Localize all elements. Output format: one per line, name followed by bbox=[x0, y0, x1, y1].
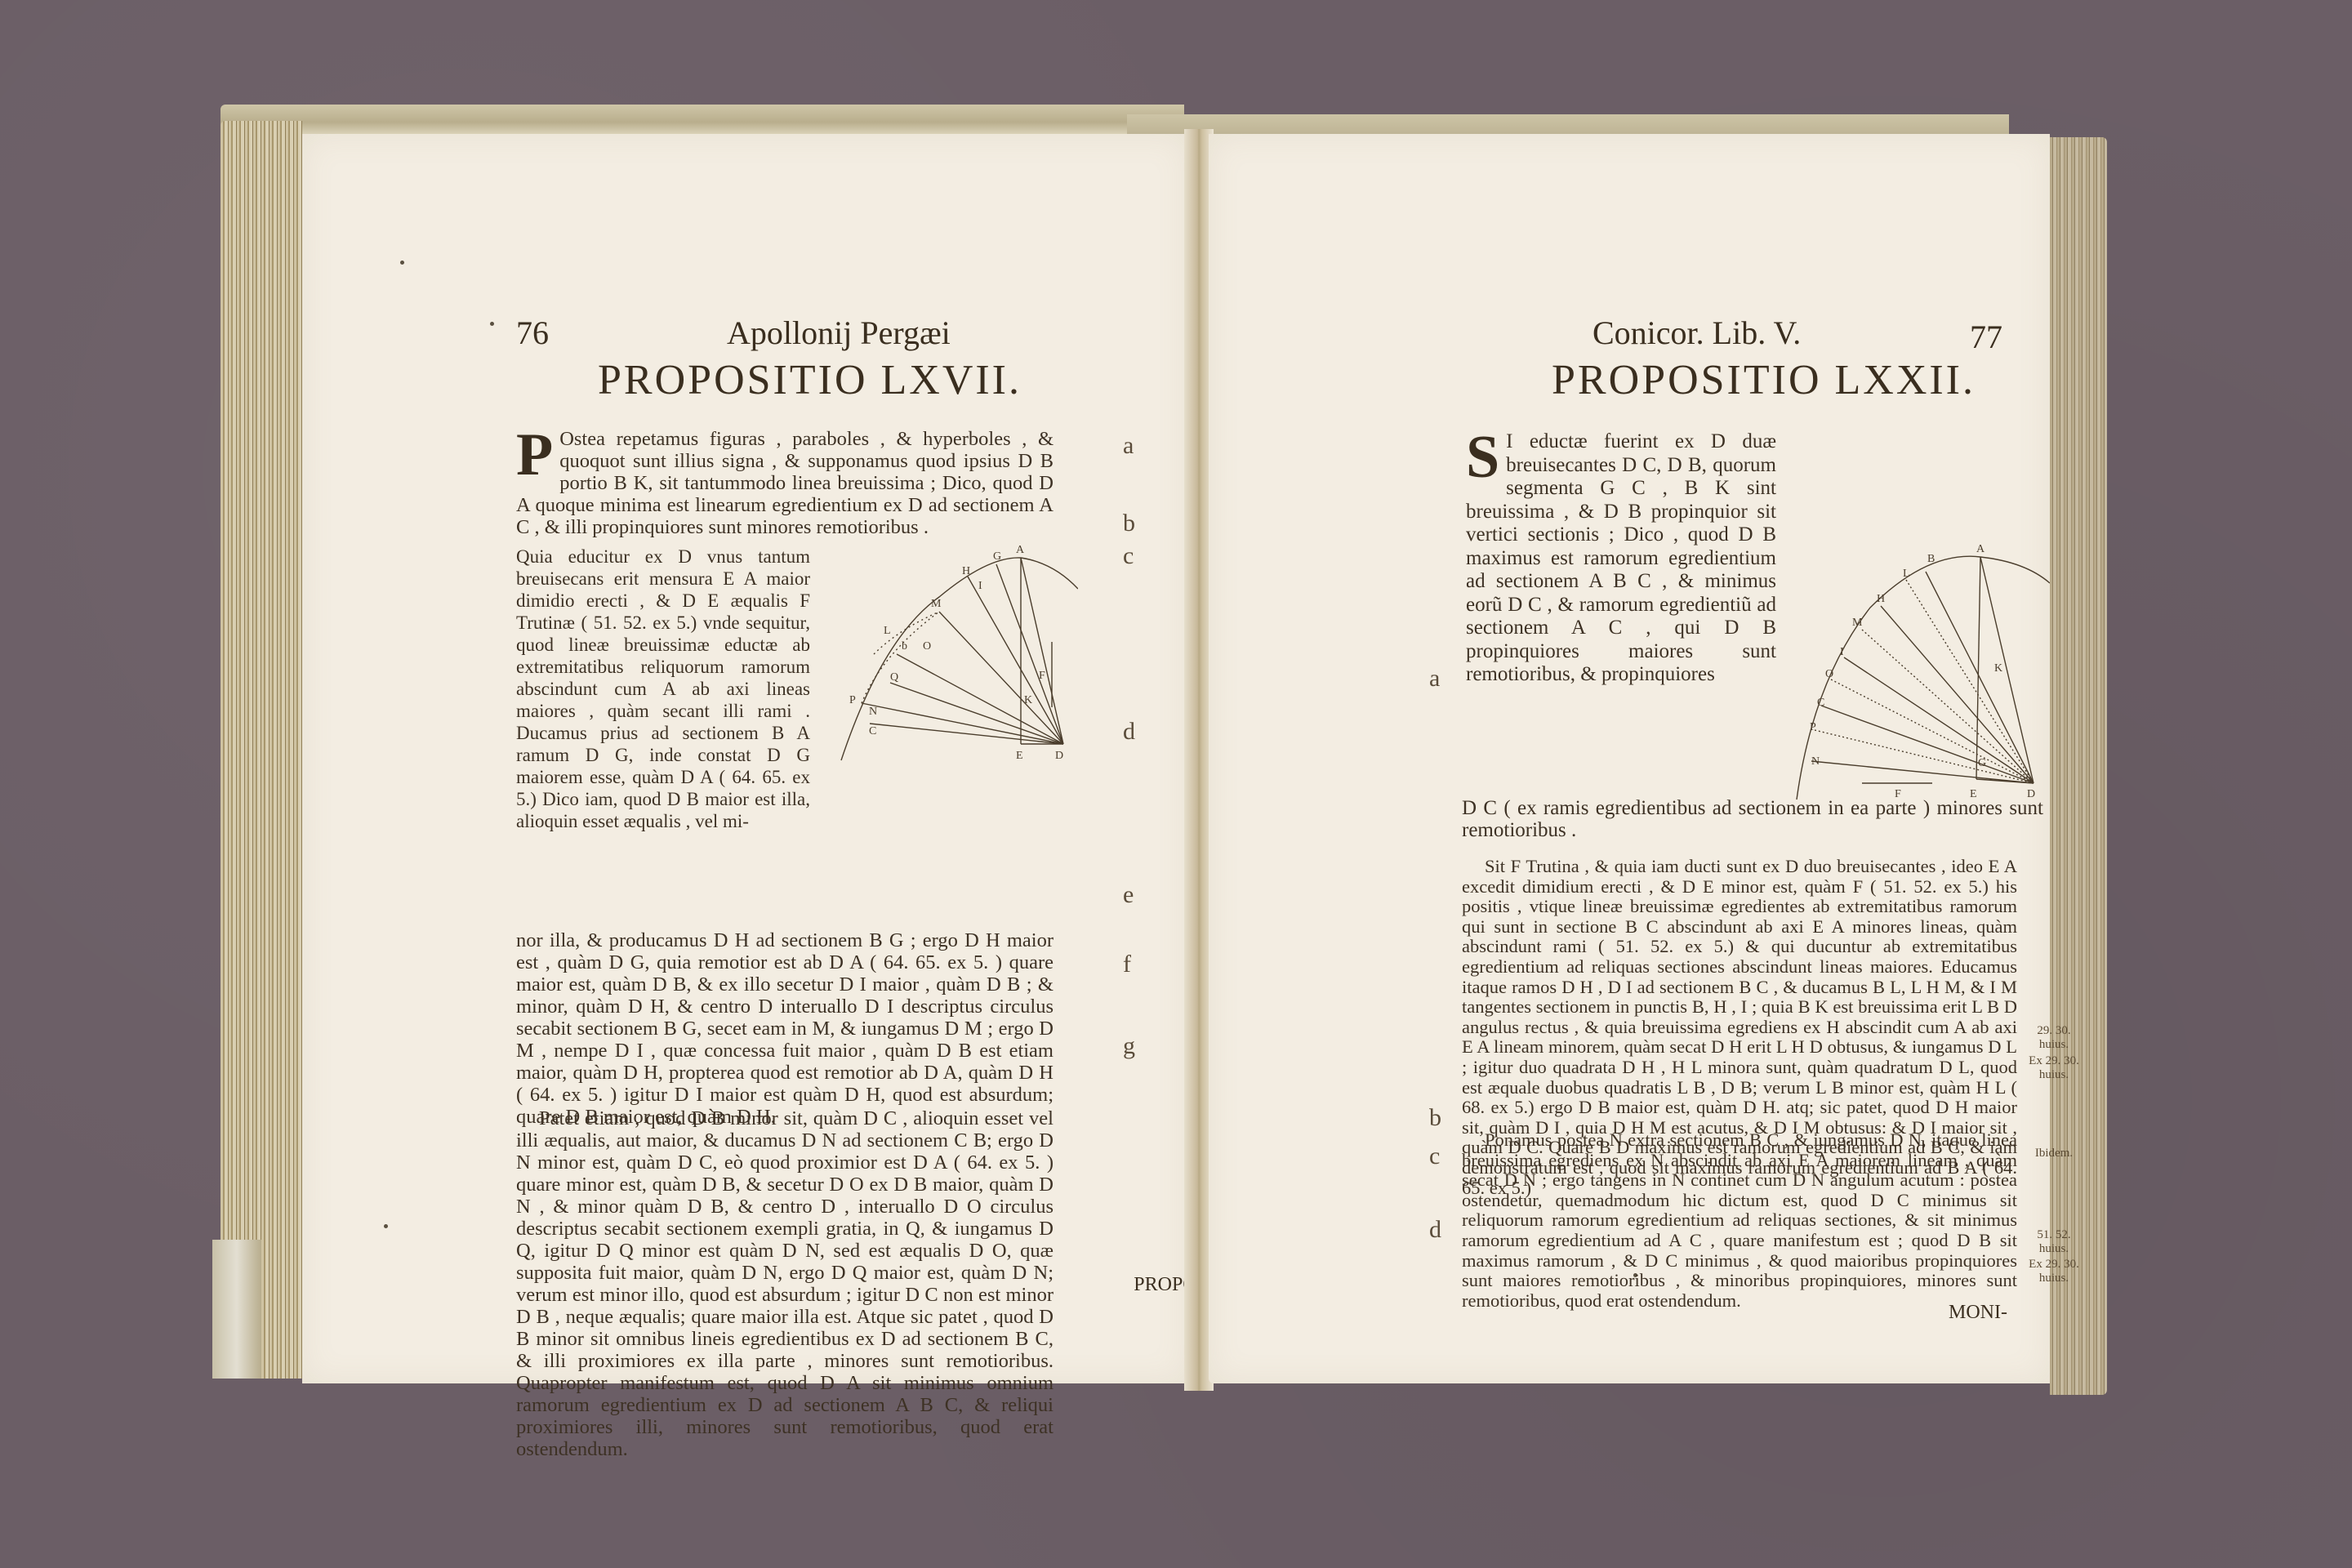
side-note-ref: Ex 29. 30. bbox=[2025, 1054, 2082, 1068]
tail-text: D C ( ex ramis egredientibus ad sectione… bbox=[1462, 797, 2043, 841]
foxing-spot bbox=[384, 1224, 388, 1228]
statement-text: I eductæ fuerint ex D duæ breuisecantes … bbox=[1466, 430, 1776, 685]
svg-text:B: B bbox=[1927, 553, 1935, 565]
svg-text:C: C bbox=[1817, 697, 1824, 709]
svg-text:N: N bbox=[1811, 755, 1820, 768]
margin-letter-b: b bbox=[1429, 1104, 1441, 1132]
paragraph-text: Ponamus postea N extra sectionem B C , &… bbox=[1462, 1130, 2017, 1311]
side-note-ref: Ibidem. bbox=[2025, 1147, 2082, 1160]
side-note: 29. 30. huius. bbox=[2029, 1024, 2078, 1052]
statement-text: Ostea repetamus figuras , paraboles , & … bbox=[516, 428, 1053, 538]
svg-text:C: C bbox=[869, 725, 876, 737]
side-note-ref: huius. bbox=[2025, 1272, 2082, 1285]
left-page: 76 Apollonij Pergæi PROPOSITIO LXVII. P … bbox=[302, 134, 1188, 1383]
svg-text:O: O bbox=[1825, 668, 1833, 680]
svg-text:A: A bbox=[1016, 544, 1025, 556]
svg-text:L: L bbox=[1903, 568, 1910, 580]
running-head: Conicor. Lib. V. bbox=[1592, 314, 1801, 352]
svg-text:K: K bbox=[1024, 694, 1032, 706]
open-book: 76 Apollonij Pergæi PROPOSITIO LXVII. P … bbox=[220, 105, 2107, 1444]
side-note-ref: Ex 29. 30. bbox=[2025, 1258, 2082, 1272]
proposition-statement: P Ostea repetamus figuras , paraboles , … bbox=[516, 428, 1053, 538]
margin-letter-a: a bbox=[1123, 432, 1134, 460]
tissue-paper-edge bbox=[212, 1240, 261, 1379]
demonstration-paragraph-2: Patet etiam , quod D B minor sit, quàm D… bbox=[516, 1107, 1053, 1460]
svg-text:H: H bbox=[962, 565, 970, 577]
paragraph-text: nor illa, & producamus D H ad sectionem … bbox=[516, 929, 1053, 1128]
svg-text:M: M bbox=[931, 598, 942, 610]
foxing-spot bbox=[400, 261, 404, 265]
book-top-edge-right bbox=[1127, 114, 2009, 136]
svg-text:H: H bbox=[1877, 593, 1885, 605]
svg-text:I: I bbox=[978, 580, 982, 592]
demonstration-narrow: Quia educitur ex D vnus tantum breuiseca… bbox=[516, 546, 810, 832]
svg-text:P: P bbox=[849, 694, 856, 706]
running-head: Apollonij Pergæi bbox=[727, 314, 951, 352]
page-number: 76 bbox=[516, 314, 549, 352]
proposition-title: PROPOSITIO LXXII. bbox=[1552, 356, 1976, 404]
svg-text:L: L bbox=[884, 625, 891, 637]
svg-text:E: E bbox=[1016, 750, 1023, 762]
catchword: MONI- bbox=[1949, 1302, 2007, 1324]
svg-text:N: N bbox=[869, 706, 877, 718]
margin-letter-b: b bbox=[1123, 510, 1135, 537]
right-page-stack-edge bbox=[2050, 137, 2107, 1395]
svg-text:P: P bbox=[1810, 721, 1816, 733]
geometric-figure-right: ABL HMI OCP NKG FED bbox=[1780, 534, 2050, 804]
side-note-ref: 51. 52. bbox=[2025, 1228, 2082, 1242]
geometric-figure-left: AGH IML bOQ PNC KFE D bbox=[833, 540, 1078, 768]
page-number: 77 bbox=[1970, 318, 2002, 356]
side-note: 51. 52. huius. bbox=[2025, 1228, 2082, 1256]
svg-text:K: K bbox=[1994, 662, 2002, 675]
side-note: Ibidem. bbox=[2025, 1147, 2082, 1160]
side-note-ref: huius. bbox=[2029, 1038, 2078, 1052]
proposition-title: PROPOSITIO LXVII. bbox=[598, 356, 1022, 404]
margin-letter-d: d bbox=[1429, 1216, 1441, 1244]
svg-text:A: A bbox=[1976, 543, 1985, 555]
margin-letter-d: d bbox=[1123, 718, 1135, 746]
margin-letter-a: a bbox=[1429, 665, 1440, 693]
drop-cap: P bbox=[516, 431, 553, 479]
svg-text:M: M bbox=[1852, 617, 1863, 629]
book-top-edge-left bbox=[220, 105, 1184, 134]
left-page-stack-edge bbox=[220, 121, 302, 1379]
side-note: Ex 29. 30. huius. bbox=[2025, 1258, 2082, 1285]
svg-text:D: D bbox=[1055, 750, 1063, 762]
svg-text:b: b bbox=[902, 640, 907, 653]
svg-text:O: O bbox=[923, 640, 931, 653]
margin-letter-g: g bbox=[1123, 1032, 1135, 1060]
margin-letter-e: e bbox=[1123, 881, 1134, 909]
demonstration-paragraph-2: Ponamus postea N extra sectionem B C , &… bbox=[1462, 1130, 2017, 1311]
svg-text:G: G bbox=[1978, 757, 1986, 769]
paragraph-text: Patet etiam , quod D B minor sit, quàm D… bbox=[516, 1107, 1053, 1460]
svg-text:Q: Q bbox=[890, 671, 898, 684]
svg-text:G: G bbox=[993, 550, 1001, 563]
side-note-ref: huius. bbox=[2025, 1242, 2082, 1256]
svg-text:F: F bbox=[1039, 670, 1045, 682]
side-note-ref: 29. 30. bbox=[2029, 1024, 2078, 1038]
side-note: Ex 29. 30. huius. bbox=[2025, 1054, 2082, 1082]
margin-letter-c: c bbox=[1429, 1143, 1440, 1170]
proposition-statement: S I eductæ fuerint ex D duæ breuisecante… bbox=[1466, 430, 1776, 687]
right-page: Conicor. Lib. V. 77 PROPOSITIO LXXII. S … bbox=[1209, 134, 2050, 1383]
demonstration-paragraph-1: nor illa, & producamus D H ad sectionem … bbox=[516, 929, 1053, 1128]
foxing-spot bbox=[490, 322, 494, 326]
svg-text:I: I bbox=[1840, 646, 1844, 658]
narrow-text: Quia educitur ex D vnus tantum breuiseca… bbox=[516, 546, 810, 831]
margin-letter-c: c bbox=[1123, 542, 1134, 570]
proposition-tail: D C ( ex ramis egredientibus ad sectione… bbox=[1462, 797, 2043, 841]
side-note-ref: huius. bbox=[2025, 1068, 2082, 1082]
margin-letter-f: f bbox=[1123, 951, 1131, 978]
drop-cap: S bbox=[1466, 434, 1499, 481]
